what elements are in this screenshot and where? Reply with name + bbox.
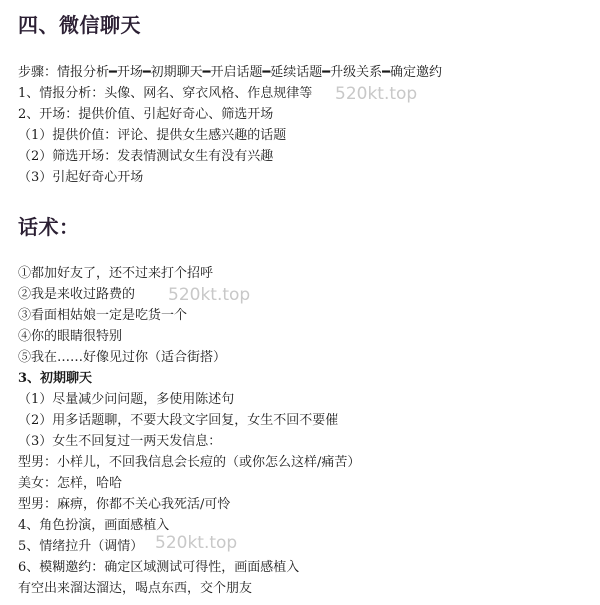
early-chat-heading: 3、初期聊天: [18, 370, 92, 388]
early-chat-item: 型男：麻痹，你都不关心我死活/可怜: [18, 496, 230, 514]
script-item: ①都加好友了，还不过来打个招呼: [18, 265, 213, 283]
early-chat-item: 6、模糊邀约：确定区域测试可得性，画面感植入: [18, 559, 299, 577]
early-chat-item: （1）尽量减少问问题，多使用陈述句: [18, 391, 234, 409]
watermark: 520kt.top: [168, 285, 250, 305]
intro-item: （3）引起好奇心开场: [18, 169, 143, 187]
scripts-title: 话术：: [18, 215, 80, 239]
script-item: ③看面相姑娘一定是吃货一个: [18, 307, 187, 325]
intro-item: （1）提供价值：评论、提供女生感兴趣的话题: [18, 127, 286, 145]
intro-item: 1、情报分析：头像、网名、穿衣风格、作息规律等: [18, 85, 312, 103]
section-title: 四、微信聊天: [18, 13, 141, 37]
watermark: 520kt.top: [155, 533, 237, 553]
script-item: ②我是来收过路费的: [18, 286, 135, 304]
watermark: 520kt.top: [335, 84, 417, 104]
intro-item: （2）筛选开场：发表情测试女生有没有兴趣: [18, 148, 273, 166]
early-chat-item: 4、角色扮演，画面感植入: [18, 517, 169, 535]
early-chat-item: 型男：小样儿，不回我信息会长痘的（或你怎么这样/痛苦）: [18, 454, 360, 472]
document-page: 四、微信聊天 步骤：情报分析━开场━初期聊天━开启话题━延续话题━升级关系━确定…: [0, 0, 600, 605]
script-item: ④你的眼睛很特别: [18, 328, 122, 346]
early-chat-item: 5、情绪拉升（调情）: [18, 538, 143, 556]
early-chat-item: （2）用多话题聊，不要大段文字回复，女生不回不要催: [18, 412, 338, 430]
script-item: ⑤我在……好像见过你（适合街搭）: [18, 349, 226, 367]
early-chat-item: 有空出来溜达溜达，喝点东西，交个朋友: [18, 580, 252, 598]
intro-item: 2、开场：提供价值、引起好奇心、筛选开场: [18, 106, 273, 124]
early-chat-item: （3）女生不回复过一两天发信息：: [18, 433, 221, 451]
early-chat-item: 美女：怎样，哈哈: [18, 475, 122, 493]
steps-line: 步骤：情报分析━开场━初期聊天━开启话题━延续话题━升级关系━确定邀约: [18, 64, 442, 82]
